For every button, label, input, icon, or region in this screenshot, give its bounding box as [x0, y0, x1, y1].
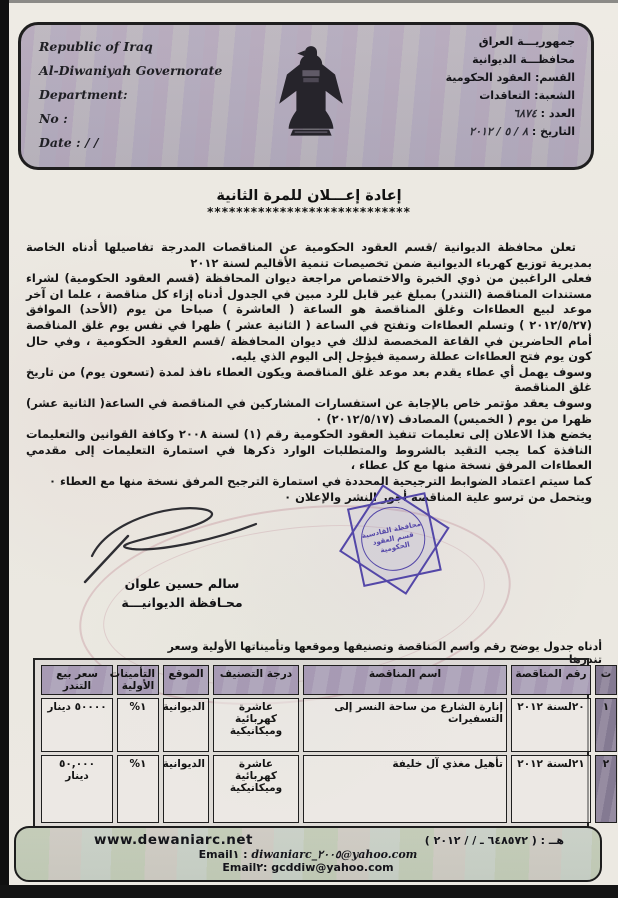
email1-label: Email١ : [199, 848, 252, 861]
cell-initial-insurance: ١% [117, 698, 159, 752]
footer-email-2: Email٢: gcddiw@yahoo.com [16, 861, 600, 874]
tenders-table-frame: ت رقم المناقصة اسم المناقصة درجة التصنيف… [33, 658, 589, 830]
header-tender-number: رقم المناقصة [511, 665, 591, 695]
cell-location: الديوانية [163, 755, 209, 823]
body-paragraph: تعلن محافظة الديوانية /قسم العقود الحكوم… [26, 240, 592, 271]
cell-classification: عاشرة كهربائية وميكانيكية [213, 755, 299, 823]
header-tender-price: سعر بيع التندر [41, 665, 113, 695]
email1-address: diwaniarc_٢٠٠٥@yahoo.com [251, 848, 417, 861]
blue-star-stamp: محافظة القادسية قسم العقود الحكومية [326, 472, 459, 605]
email2-label: Email٢: [222, 861, 271, 874]
country-name-ar: جمهوريـــة العراق [386, 35, 575, 48]
announcement-title: إعادة إعـــلان للمرة الثانية [0, 188, 618, 204]
header-initial-insurance: التأمينات الأولية [117, 665, 159, 695]
announcement-title-block: إعادة إعـــلان للمرة الثانية ***********… [0, 188, 618, 219]
footer-contact-box: www.dewaniarc.net هــ : ( ٦٤٨٥٧٢ ـ / / ٢… [14, 826, 602, 882]
body-paragraph: وسوف يعقد مؤتمر خاص بالإجابة عن استفسارا… [26, 396, 592, 427]
scan-top-edge [9, 0, 618, 3]
footer-line-1: www.dewaniarc.net هــ : ( ٦٤٨٥٧٢ ـ / / ٢… [16, 828, 600, 848]
governorate-name-en: Al-Diwaniyah Governorate [39, 63, 236, 78]
phone-line: هــ : ( ٦٤٨٥٧٢ ـ / / ٢٠١٢ ) [425, 834, 564, 847]
cell-tender-name: إنارة الشارع من ساحة النسر إلى التسفيرات [303, 698, 507, 752]
department-label-en: Department: [39, 87, 236, 102]
header-tender-name: اسم المناقصة [303, 665, 507, 695]
letterhead-arabic: جمهوريـــة العراق محافظـــة الديوانية ال… [386, 25, 591, 167]
website-url: www.dewaniarc.net [94, 832, 253, 848]
date-label-ar: التاريخ : [532, 125, 575, 138]
table-header-row: ت رقم المناقصة اسم المناقصة درجة التصنيف… [41, 665, 617, 695]
department-line-ar: القسم: العقود الحكومية [386, 71, 575, 84]
signatory-block: سالم حسين علوان محـافظة الديوانيـــة [92, 574, 272, 612]
number-label-ar: العدد : [541, 107, 575, 120]
announcement-body: تعلن محافظة الديوانية /قسم العقود الحكوم… [26, 240, 592, 505]
cell-tender-price: ٥٠٠٠٠ دينار [41, 698, 113, 752]
cell-location: الديوانية [163, 698, 209, 752]
title-underline-stars: **************************** [0, 205, 618, 219]
document-number-line: العدد : ٦٨٧٤ [386, 107, 575, 120]
body-paragraph: وسوف يهمل أي عطاء يقدم بعد موعد غلق المن… [26, 365, 592, 396]
letterhead: Republic of Iraq Al-Diwaniyah Governorat… [18, 22, 594, 170]
table-row: ١ ٢٠لسنة ٢٠١٢ إنارة الشارع من ساحة النسر… [41, 698, 617, 752]
scanned-document: Republic of Iraq Al-Diwaniyah Governorat… [0, 0, 618, 898]
iraq-coat-of-arms-emblem [268, 37, 354, 149]
number-value-handwritten: ٦٨٧٤ [513, 107, 537, 120]
cell-tender-price: ٥٠,٠٠٠ دينار [41, 755, 113, 823]
header-classification: درجة التصنيف [213, 665, 299, 695]
scan-left-edge [0, 0, 9, 898]
emblem-area [236, 25, 386, 167]
governorate-name-ar: محافظـــة الديوانية [386, 53, 575, 66]
cell-classification: عاشرة كهربائية وميكانيكية [213, 698, 299, 752]
number-label-en: No : [39, 111, 236, 126]
table-row: ٢ ٢١لسنة ٢٠١٢ تأهيل مغذي آل خليفة عاشرة … [41, 755, 617, 823]
date-value-handwritten: ٨ / ٥ / ٢٠١٢ [469, 125, 528, 138]
tenders-table: ت رقم المناقصة اسم المناقصة درجة التصنيف… [37, 662, 618, 826]
body-paragraph: فعلى الراغبين من ذوي الخبرة والاختصاص مر… [26, 271, 592, 365]
signatory-name: سالم حسين علوان [92, 574, 272, 593]
scan-bottom-edge [0, 885, 618, 898]
document-date-line: التاريخ : ٨ / ٥ / ٢٠١٢ [386, 125, 575, 138]
footer-email-1: Email١ : diwaniarc_٢٠٠٥@yahoo.com [16, 848, 600, 861]
cell-tender-name: تأهيل مغذي آل خليفة [303, 755, 507, 823]
header-location: الموقع [163, 665, 209, 695]
cell-seq: ٢ [595, 755, 617, 823]
email2-address: gcddiw@yahoo.com [271, 861, 393, 874]
cell-seq: ١ [595, 698, 617, 752]
date-label-en: Date : / / [39, 135, 236, 150]
body-paragraph: يخضع هذا الاعلان إلى تعليمات تنفيذ العقو… [26, 427, 592, 474]
header-seq: ت [595, 665, 617, 695]
division-line-ar: الشعبة: التعاقدات [386, 89, 575, 102]
country-name-en: Republic of Iraq [39, 39, 236, 54]
cell-tender-number: ٢٠لسنة ٢٠١٢ [511, 698, 591, 752]
cell-tender-number: ٢١لسنة ٢٠١٢ [511, 755, 591, 823]
letterhead-english: Republic of Iraq Al-Diwaniyah Governorat… [21, 25, 236, 167]
signature-zone: محافظة القادسية قسم العقود الحكومية سالم… [0, 478, 618, 648]
cell-initial-insurance: ١% [117, 755, 159, 823]
signatory-title: محـافظة الديوانيـــة [92, 593, 272, 612]
